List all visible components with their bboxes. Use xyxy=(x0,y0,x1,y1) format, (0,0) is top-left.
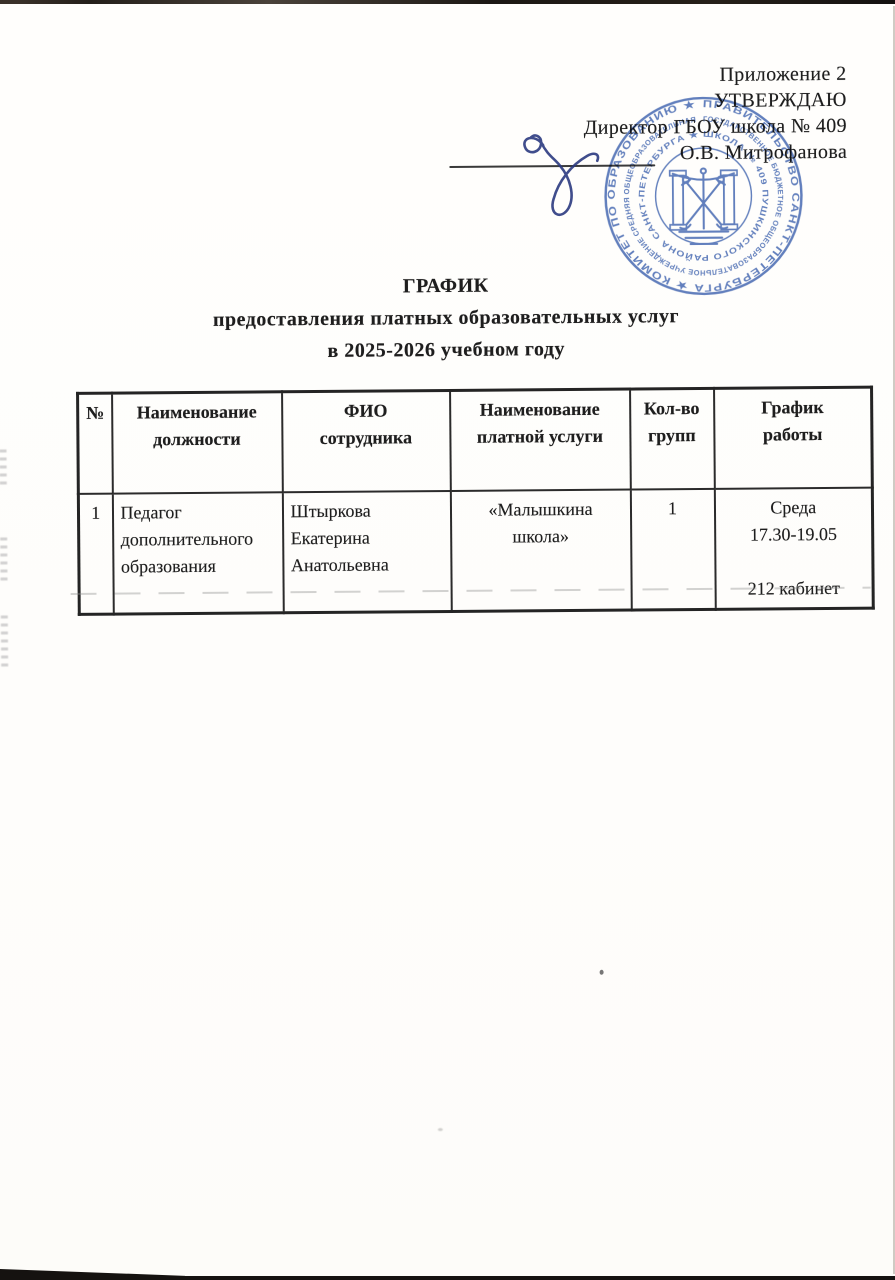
col-header-number: № xyxy=(78,393,113,494)
col-header-groups: Кол-во групп xyxy=(630,388,715,489)
cell-schedule: Среда 17.30-19.05 212 кабинет xyxy=(714,488,873,610)
scanned-page: Приложение 2 УТВЕРЖДАЮ Директор ГБОУ шко… xyxy=(0,0,895,1280)
col-header-schedule: График работы xyxy=(714,387,873,489)
schedule-table: № Наименование должности ФИО сотрудника … xyxy=(76,386,875,616)
cell-employee: Штыркова Екатерина Анатольевна xyxy=(282,491,451,613)
schedule-time: 17.30-19.05 xyxy=(723,521,865,549)
handwritten-signature xyxy=(509,115,630,228)
schedule-day: Среда xyxy=(722,494,864,522)
cell-groups: 1 xyxy=(630,489,715,610)
appendix-label: Приложение 2 xyxy=(366,61,846,91)
col-header-service: Наименование платной услуги xyxy=(450,389,631,491)
scan-artifact-speck xyxy=(438,1128,443,1131)
official-round-stamp: ПРАВИТЕЛЬСТВО САНКТ-ПЕТЕРБУРГА ★ КОМИТЕТ… xyxy=(601,93,807,299)
scan-edge-top xyxy=(0,0,895,4)
col-header-position: Наименование должности xyxy=(112,392,283,494)
scan-artifact-speck xyxy=(600,970,604,975)
cell-number: 1 xyxy=(78,494,113,615)
table-row: 1 Педагог дополнительного образования Шт… xyxy=(78,488,873,615)
cell-position: Педагог дополнительного образования xyxy=(112,492,283,614)
stamp-coat-of-arms xyxy=(670,168,738,244)
scan-artifact-margin-mark xyxy=(0,537,7,583)
scan-artifact-margin-mark xyxy=(1,615,8,671)
scan-artifact-margin-mark xyxy=(0,449,7,487)
col-header-employee: ФИО сотрудника xyxy=(282,390,451,492)
table-header-row: № Наименование должности ФИО сотрудника … xyxy=(78,387,873,494)
cell-service: «Малышкина школа» xyxy=(450,490,631,612)
document-content: Приложение 2 УТВЕРЖДАЮ Директор ГБОУ шко… xyxy=(0,0,895,1280)
title-line-3: в 2025-2026 учебном году xyxy=(0,330,894,369)
